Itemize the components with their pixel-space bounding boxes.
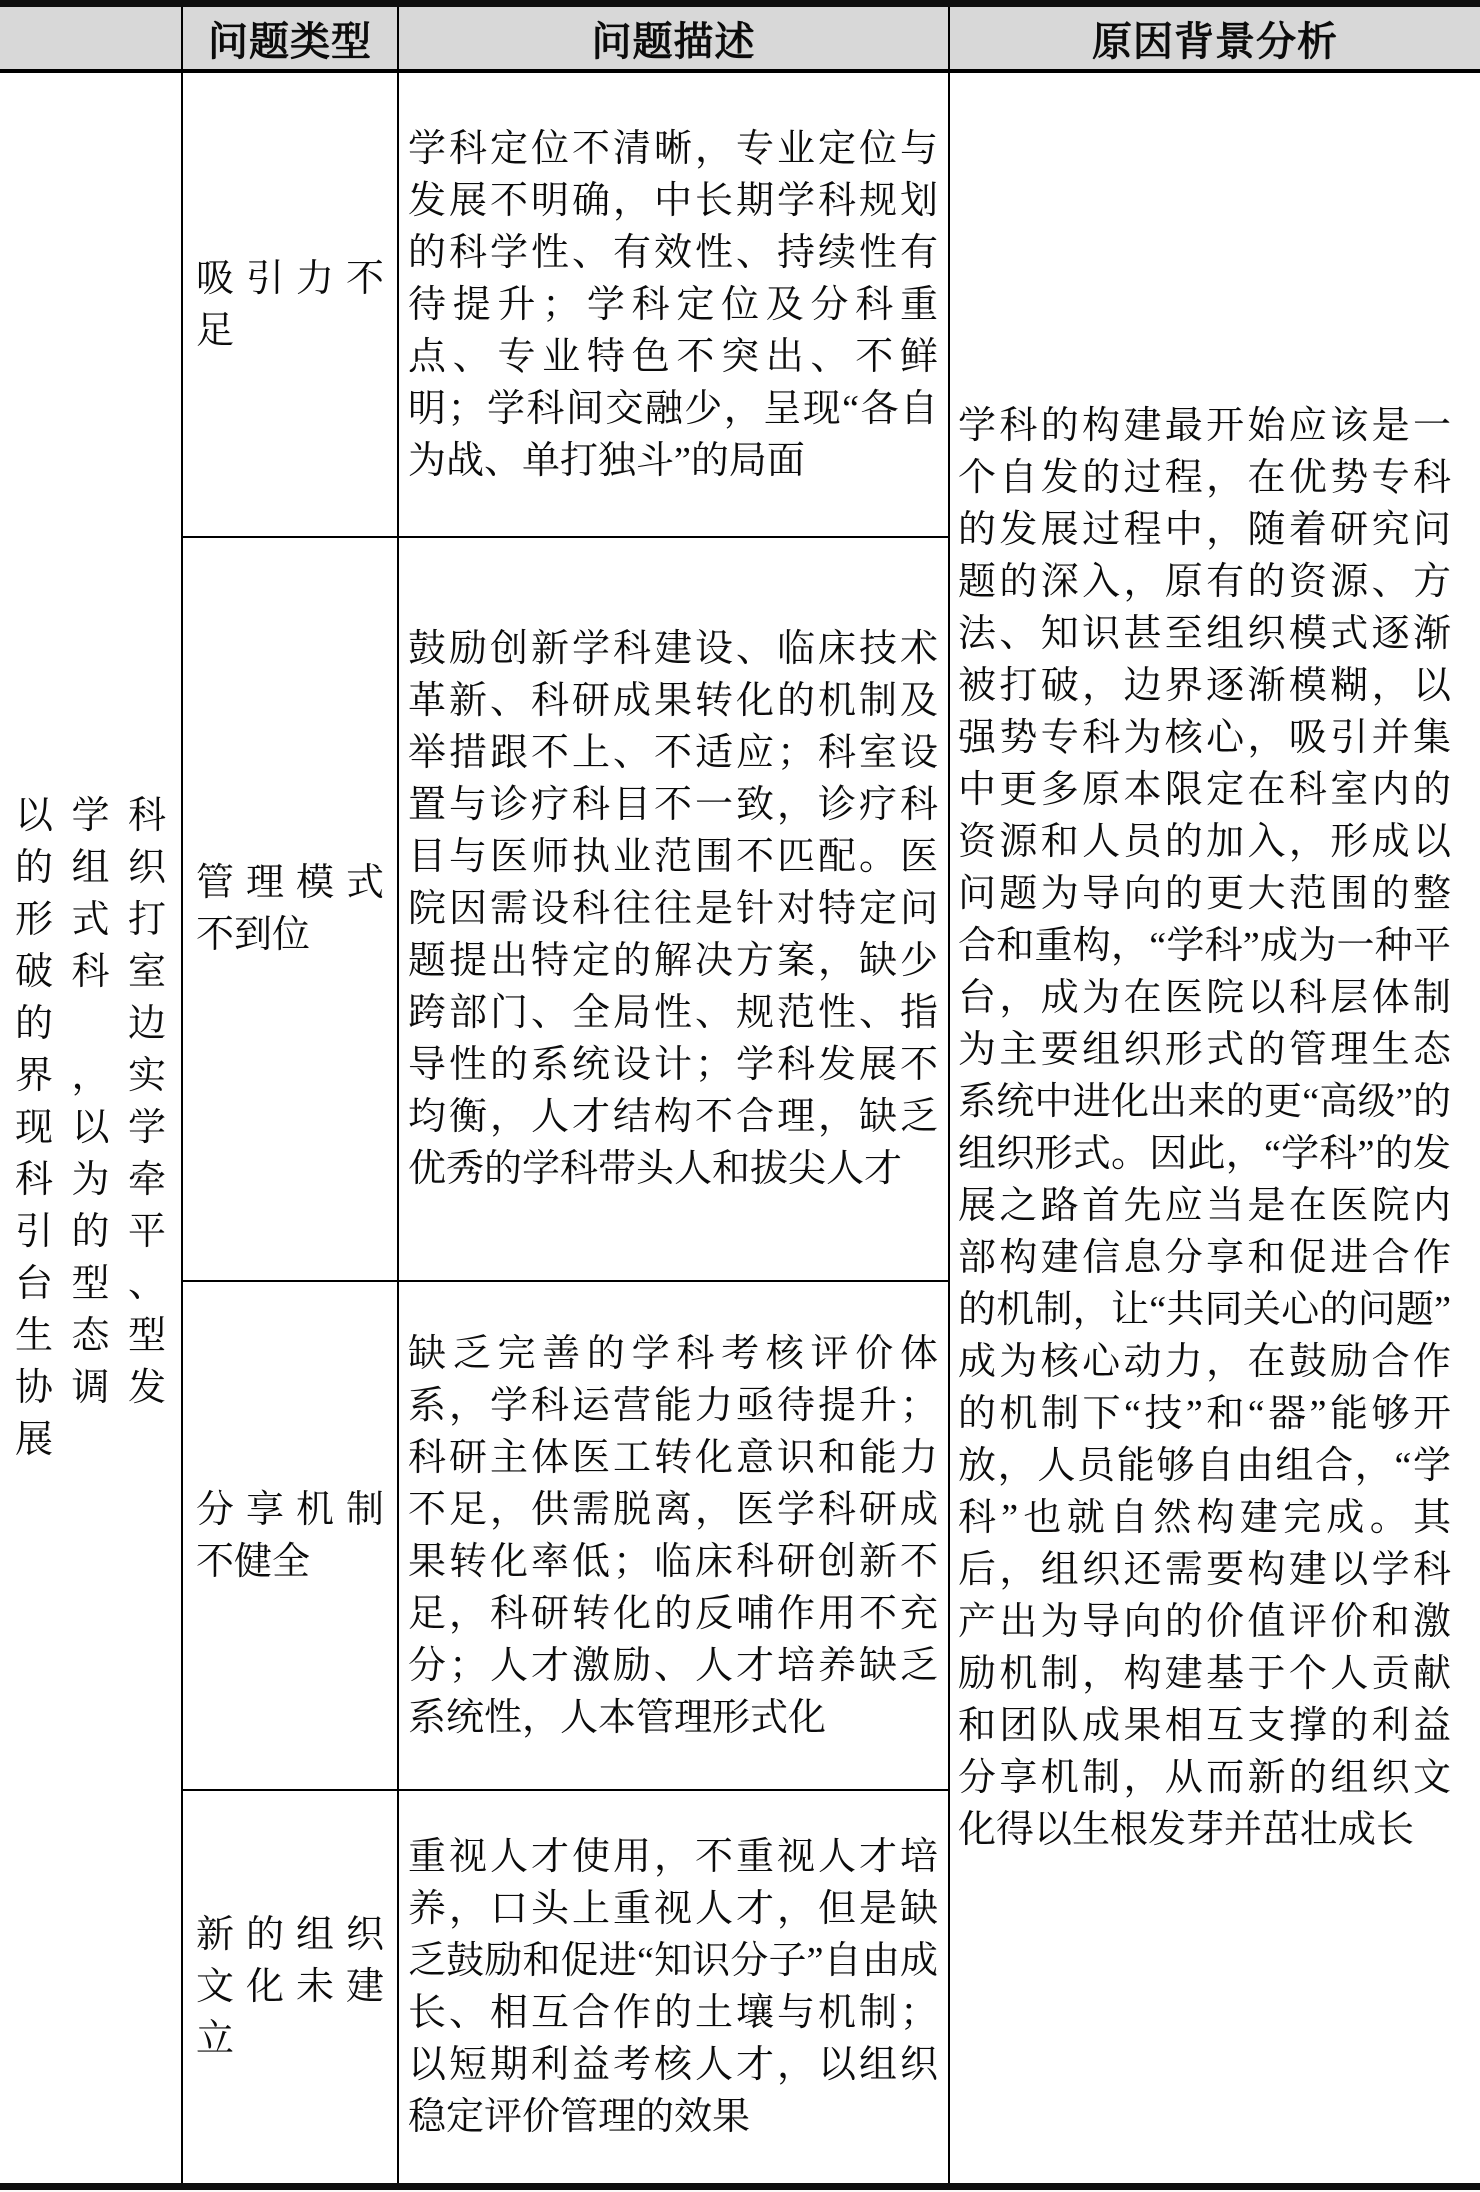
table-row: 以学科的组织形式打破科室的边界，实现以学科为牵引的平台型、生态型协调发展 吸引力… (0, 71, 1480, 537)
table-header-row: 问题类型 问题描述 原因背景分析 (0, 4, 1480, 72)
row-type-cell: 管理模式不到位 (182, 537, 398, 1281)
header-empty-cell (0, 4, 182, 72)
merged-goal-cell: 以学科的组织形式打破科室的边界，实现以学科为牵引的平台型、生态型协调发展 (0, 71, 182, 2186)
header-problem-description: 问题描述 (398, 4, 949, 72)
row-type-cell: 分享机制不健全 (182, 1281, 398, 1790)
row-type-cell: 新的组织文化未建立 (182, 1790, 398, 2186)
row-desc-cell: 学科定位不清晰，专业定位与发展不明确，中长期学科规划的科学性、有效性、持续性有待… (398, 71, 949, 537)
header-cause-analysis: 原因背景分析 (949, 4, 1480, 72)
row-type-cell: 吸引力不足 (182, 71, 398, 537)
row-desc-cell: 缺乏完善的学科考核评价体系，学科运营能力亟待提升；科研主体医工转化意识和能力不足… (398, 1281, 949, 1790)
row-desc-cell: 重视人才使用，不重视人才培养，口头上重视人才，但是缺乏鼓励和促进“知识分子”自由… (398, 1790, 949, 2186)
header-problem-type: 问题类型 (182, 4, 398, 72)
problem-analysis-table: 问题类型 问题描述 原因背景分析 以学科的组织形式打破科室的边界，实现以学科为牵… (0, 0, 1480, 2190)
analysis-cell: 学科的构建最开始应该是一个自发的过程，在优势专科的发展过程中，随着研究问题的深入… (949, 71, 1480, 2186)
row-desc-cell: 鼓励创新学科建设、临床技术革新、科研成果转化的机制及举措跟不上、不适应；科室设置… (398, 537, 949, 1281)
